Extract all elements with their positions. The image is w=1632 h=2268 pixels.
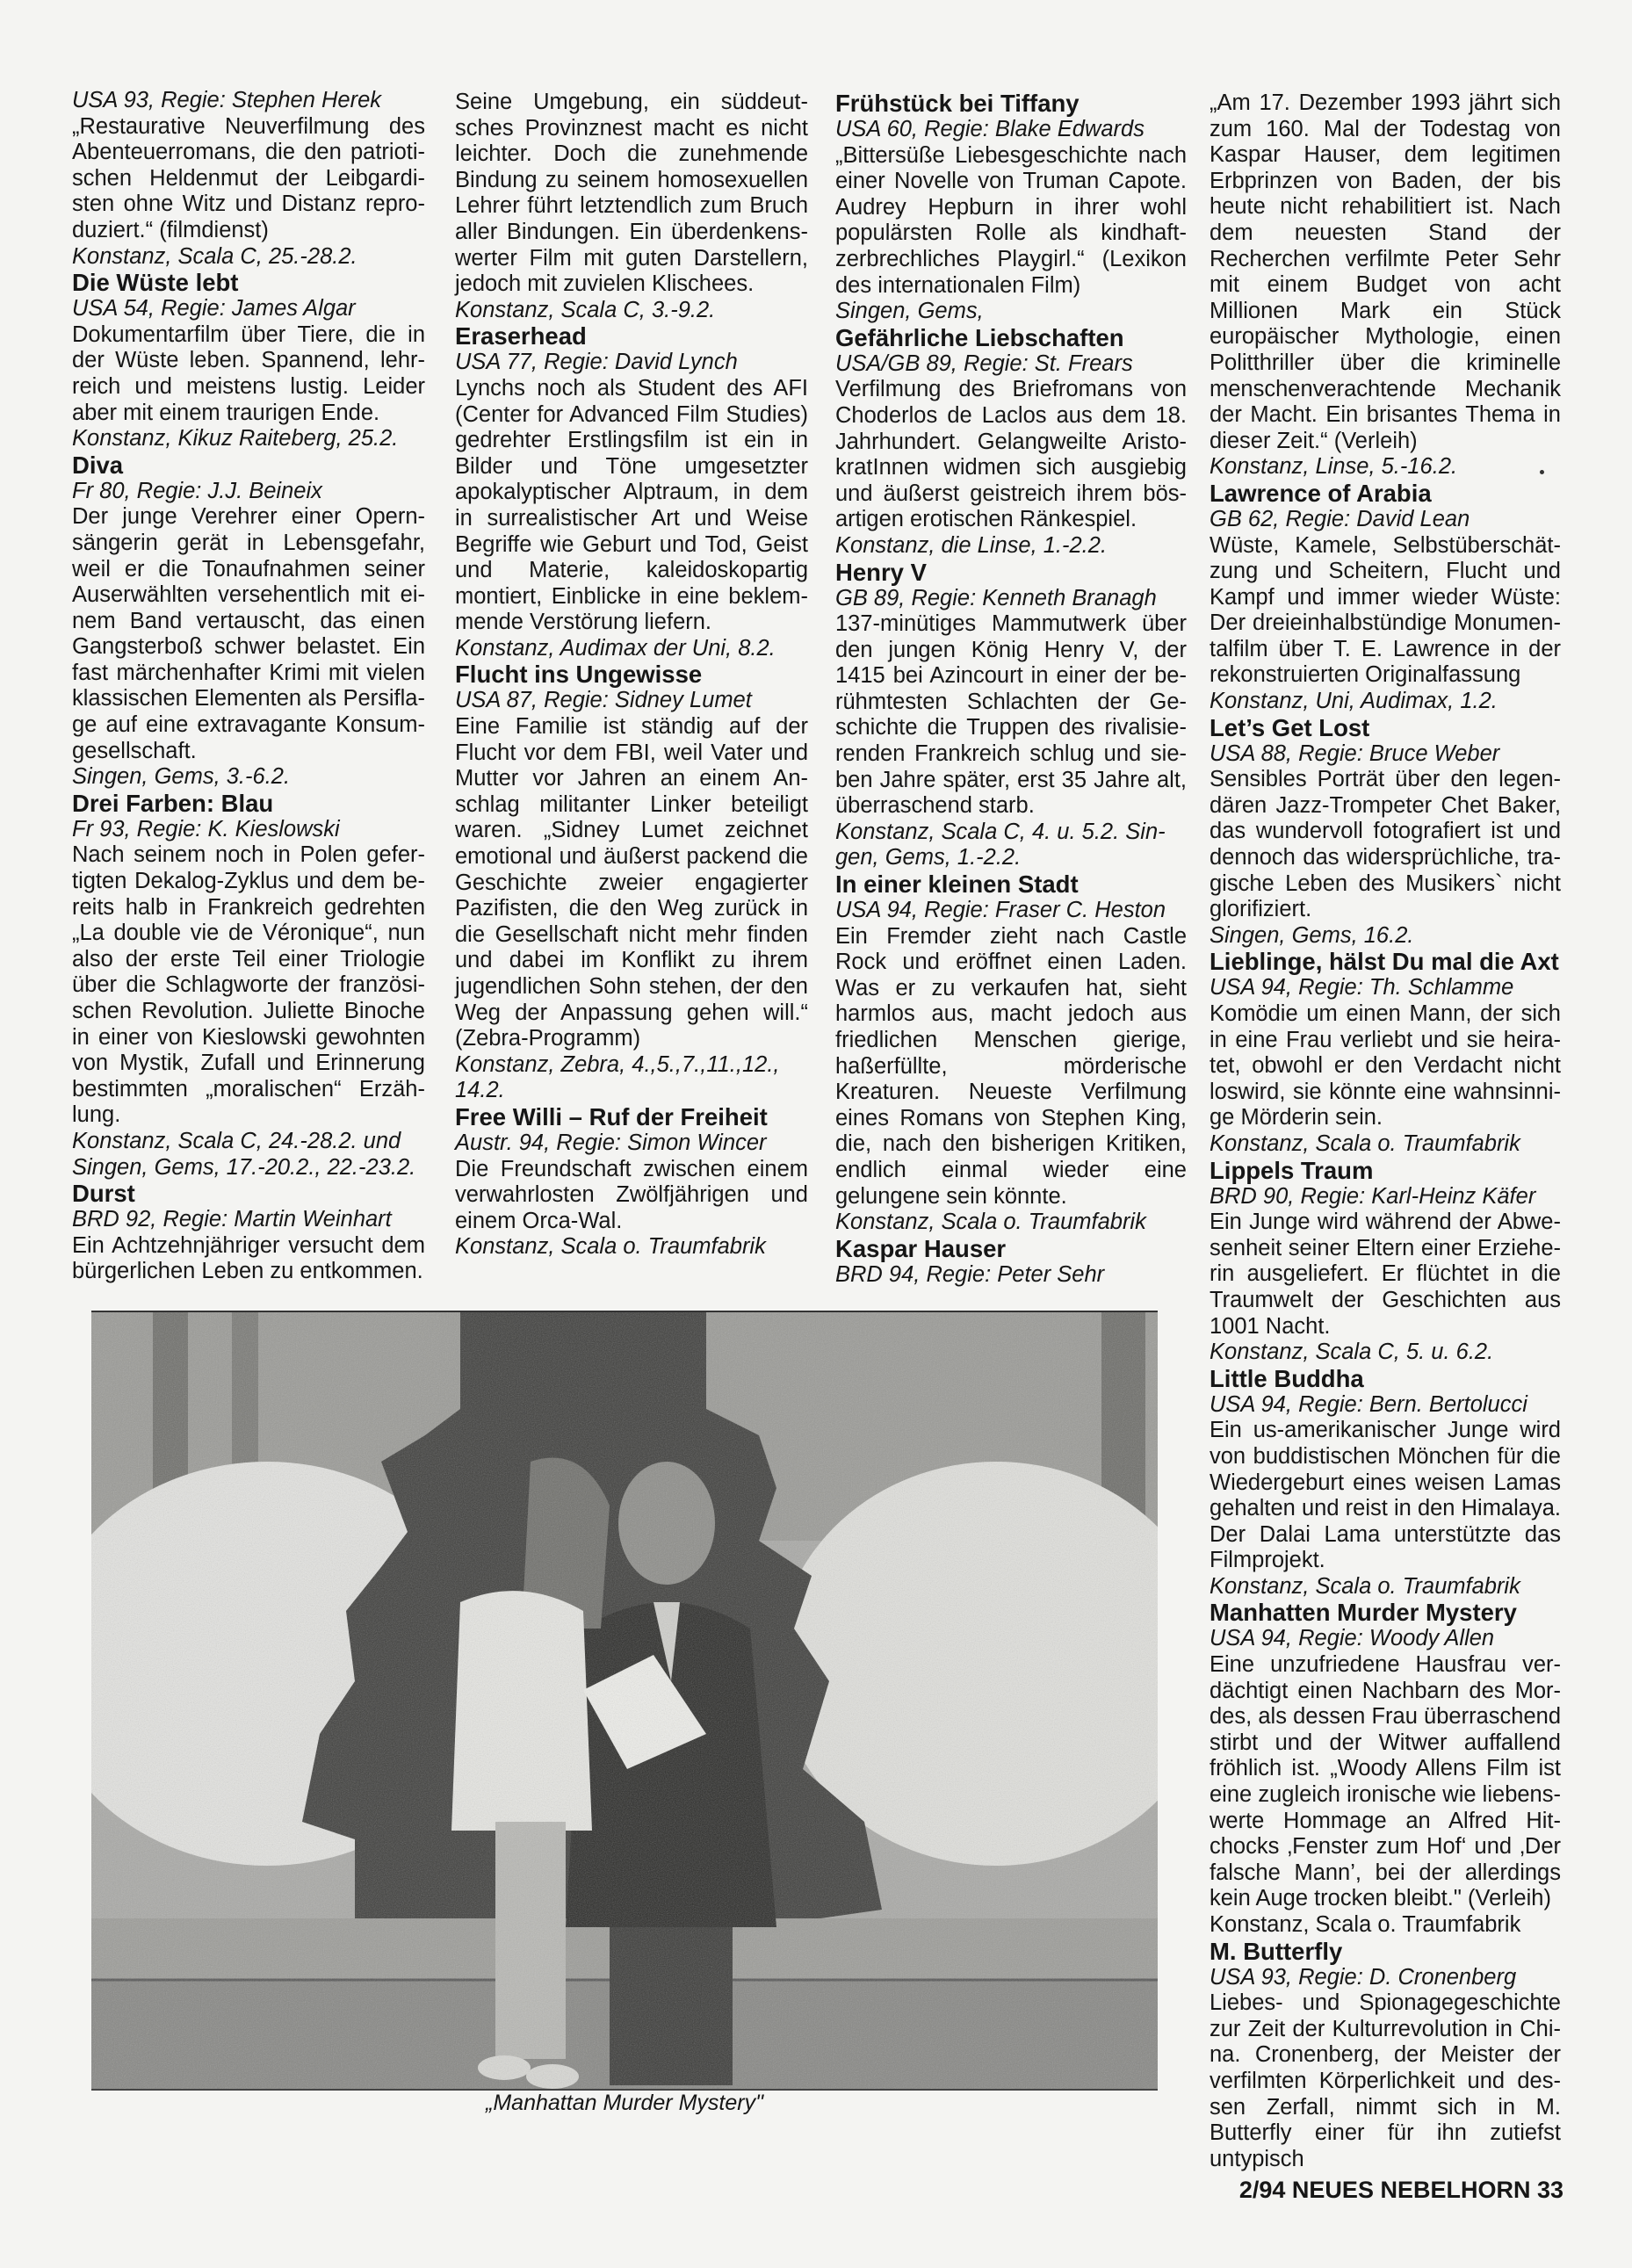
film-entry: Seine Umgebung, ein süddeut­sches Provin… — [455, 90, 808, 323]
film-description: Liebes- und Spionagegeschichte zur Zeit … — [1210, 1990, 1561, 2172]
film-description: Die Freundschaft zwischen einem verwahrl… — [455, 1157, 808, 1235]
film-title: Gefährliche Liebschaften — [835, 325, 1187, 351]
film-meta: USA 94, Regie: Bern. Bertolucci — [1210, 1392, 1561, 1419]
photo-illustration — [91, 1312, 1158, 2089]
film-meta: USA 94, Regie: Woody Allen — [1210, 1626, 1561, 1652]
film-meta: USA 77, Regie: David Lynch — [455, 350, 808, 376]
film-entry: Frühstück bei Tiffany USA 60, Regie: Bla… — [835, 90, 1187, 325]
film-title: Free Willi – Ruf der Freiheit — [455, 1104, 808, 1130]
film-entry: Kaspar Hauser BRD 94, Regie: Peter Sehr — [835, 1236, 1187, 1289]
film-entry: Manhatten Murder Mystery USA 94, Regie: … — [1210, 1600, 1561, 1938]
film-still-photo — [91, 1311, 1158, 2091]
film-venue: Konstanz, Uni, Audimax, 1.2. — [1210, 689, 1561, 715]
film-description: Sensibles Porträt über den legen­dären J… — [1210, 767, 1561, 923]
film-meta: USA 60, Regie: Blake Edwards — [835, 117, 1187, 143]
film-description: Seine Umgebung, ein süddeut­sches Provin… — [455, 90, 808, 298]
film-venue: Konstanz, Scala o. Traumfabrik — [1210, 1574, 1561, 1600]
column-2: Seine Umgebung, ein süddeut­sches Provin… — [455, 90, 808, 1260]
film-venue: Singen, Gems, — [835, 299, 1187, 325]
film-entry: Gefährliche Liebschaften USA/GB 89, Regi… — [835, 325, 1187, 560]
film-entry: Drei Farben: Blau Fr 93, Regie: K. Kiesl… — [72, 791, 425, 1181]
film-title: Durst — [72, 1181, 425, 1207]
film-venue: Konstanz, Audimax der Uni, 8.2. — [455, 636, 808, 662]
film-description: „Restaurative Neuverfilmung des Abenteue… — [72, 114, 425, 244]
film-title: Little Buddha — [1210, 1366, 1561, 1392]
film-title: Flucht ins Ungewisse — [455, 661, 808, 688]
print-speck — [1540, 470, 1544, 474]
film-meta: USA 94, Regie: Th. Schlamme — [1210, 975, 1561, 1001]
film-entry: Diva Fr 80, Regie: J.J. Beineix Der jung… — [72, 452, 425, 791]
film-meta: BRD 90, Regie: Karl-Heinz Käfer — [1210, 1184, 1561, 1210]
film-title: Die Wüste lebt — [72, 270, 425, 296]
film-venue: Konstanz, Scala C, 3.-9.2. — [455, 298, 808, 324]
film-description: Ein Junge wird während der Abwe­senheit … — [1210, 1210, 1561, 1340]
column-1: USA 93, Regie: Stephen Herek „Restaurati… — [72, 88, 425, 1285]
film-venue: Konstanz, Scala o. Traumfabrik — [835, 1210, 1187, 1236]
page-footer: 2/94 NEUES NEBELHORN 33 — [1212, 2177, 1563, 2204]
film-entry: Lawrence of Arabia GB 62, Regie: David L… — [1210, 480, 1561, 715]
film-entry: In einer kleinen Stadt USA 94, Regie: Fr… — [835, 871, 1187, 1236]
film-meta: USA 87, Regie: Sidney Lumet — [455, 688, 808, 714]
film-venue: Konstanz, Kikuz Raiteberg, 25.2. — [72, 426, 425, 452]
film-title: Eraserhead — [455, 323, 808, 350]
film-description: „Am 17. Dezember 1993 jährt sich zum 160… — [1210, 90, 1561, 454]
film-entry: Durst BRD 92, Regie: Martin Weinhart Ein… — [72, 1181, 425, 1285]
film-meta: USA 94, Regie: Fraser C. Heston — [835, 898, 1187, 924]
film-venue: Konstanz, Scala o. Traumfabrik — [1210, 1131, 1561, 1158]
film-description: Lynchs noch als Student des AFI (Center … — [455, 376, 808, 636]
film-description: Ein Fremder zieht nach Castle Rock und e… — [835, 924, 1187, 1210]
film-meta: GB 62, Regie: David Lean — [1210, 507, 1561, 533]
film-venue: Konstanz, Linse, 5.-16.2. — [1210, 454, 1561, 480]
film-entry: Lippels Traum BRD 90, Regie: Karl-Heinz … — [1210, 1158, 1561, 1366]
film-meta: USA 93, Regie: D. Cronenberg — [1210, 1965, 1561, 1991]
film-title: Henry V — [835, 560, 1187, 586]
film-venue: Konstanz, Scala C, 4. u. 5.2. Sin­gen, G… — [835, 820, 1187, 871]
film-entry: Let’s Get Lost USA 88, Regie: Bruce Webe… — [1210, 715, 1561, 950]
column-3: Frühstück bei Tiffany USA 60, Regie: Bla… — [835, 90, 1187, 1288]
film-meta: USA 54, Regie: James Algar — [72, 296, 425, 322]
film-description: Eine Familie ist ständig auf der Flucht … — [455, 714, 808, 1052]
film-title: Lieblinge, hälst Du mal die Axt — [1210, 949, 1561, 975]
film-description: Wüste, Kamele, Selbstüberschät­zung und … — [1210, 533, 1561, 690]
film-description: Der junge Verehrer einer Opern­sängerin … — [72, 504, 425, 764]
film-title: Drei Farben: Blau — [72, 791, 425, 817]
film-description: Eine unzufriedene Hausfrau ver­dächtigt … — [1210, 1652, 1561, 1912]
film-description: Nach seinem noch in Polen gefer­tigten D… — [72, 842, 425, 1129]
film-meta: GB 89, Regie: Kenneth Branagh — [835, 586, 1187, 612]
film-venue: Singen, Gems, 3.-6.2. — [72, 764, 425, 791]
film-venue: Konstanz, Scala C, 25.-28.2. — [72, 244, 425, 271]
film-entry: M. Butterfly USA 93, Regie: D. Cronenber… — [1210, 1939, 1561, 2173]
film-venue: Konstanz, Zebra, 4.,5.,7.,11.,12., 14.2. — [455, 1052, 808, 1104]
film-venue: Konstanz, Scala o. Traumfabrik — [1210, 1912, 1561, 1939]
film-meta: BRD 94, Regie: Peter Sehr — [835, 1262, 1187, 1289]
film-title: Kaspar Hauser — [835, 1236, 1187, 1262]
film-meta: Austr. 94, Regie: Simon Wincer — [455, 1130, 808, 1157]
film-meta: USA 93, Regie: Stephen Herek — [72, 88, 425, 114]
film-title: Lawrence of Arabia — [1210, 480, 1561, 507]
film-entry: Flucht ins Ungewisse USA 87, Regie: Sidn… — [455, 661, 808, 1104]
film-venue: Konstanz, Scala C, 5. u. 6.2. — [1210, 1340, 1561, 1366]
film-entry: Henry V GB 89, Regie: Kenneth Branagh 13… — [835, 560, 1187, 872]
film-entry: Die Wüste lebt USA 54, Regie: James Alga… — [72, 270, 425, 452]
film-meta: USA 88, Regie: Bruce Weber — [1210, 741, 1561, 768]
film-entry: Free Willi – Ruf der Freiheit Austr. 94,… — [455, 1104, 808, 1260]
film-title: Frühstück bei Tiffany — [835, 90, 1187, 117]
film-venue: Konstanz, Scala C, 24.-28.2. und Singen,… — [72, 1129, 425, 1181]
film-description: Ein us-amerikanischer Junge wird von bud… — [1210, 1418, 1561, 1574]
film-meta: BRD 92, Regie: Martin Weinhart — [72, 1207, 425, 1233]
film-title: Manhatten Murder Mystery — [1210, 1600, 1561, 1626]
film-meta: Fr 80, Regie: J.J. Beineix — [72, 479, 425, 505]
film-title: Lippels Traum — [1210, 1158, 1561, 1184]
column-4: „Am 17. Dezember 1993 jährt sich zum 160… — [1210, 90, 1561, 2172]
film-entry: Little Buddha USA 94, Regie: Bern. Berto… — [1210, 1366, 1561, 1600]
film-description: Komödie um einen Mann, der sich in eine … — [1210, 1001, 1561, 1131]
film-entry: Lieblinge, hälst Du mal die Axt USA 94, … — [1210, 949, 1561, 1157]
film-description: Dokumentarfilm über Tiere, die in der Wü… — [72, 322, 425, 426]
photo-caption: „Manhattan Murder Mystery" — [91, 2091, 1158, 2116]
film-meta: Fr 93, Regie: K. Kieslowski — [72, 817, 425, 843]
film-entry: Eraserhead USA 77, Regie: David Lynch Ly… — [455, 323, 808, 661]
film-title: M. Butterfly — [1210, 1939, 1561, 1965]
film-title: Diva — [72, 452, 425, 479]
film-entry: „Am 17. Dezember 1993 jährt sich zum 160… — [1210, 90, 1561, 480]
film-title: In einer kleinen Stadt — [835, 871, 1187, 898]
film-venue: Konstanz, Scala o. Traumfabrik — [455, 1234, 808, 1260]
film-venue: Singen, Gems, 16.2. — [1210, 923, 1561, 950]
film-entry: USA 93, Regie: Stephen Herek „Restaurati… — [72, 88, 425, 270]
film-description: 137-minütiges Mammutwerk über den jungen… — [835, 611, 1187, 820]
film-description: „Bittersüße Liebesgeschichte nach einer … — [835, 143, 1187, 300]
film-venue: Konstanz, die Linse, 1.-2.2. — [835, 533, 1187, 560]
film-meta: USA/GB 89, Regie: St. Frears — [835, 351, 1187, 378]
film-description: Ein Achtzehnjähriger versucht dem bürger… — [72, 1233, 425, 1285]
film-title: Let’s Get Lost — [1210, 715, 1561, 741]
film-description: Verfilmung des Briefromans von Choderlos… — [835, 377, 1187, 533]
